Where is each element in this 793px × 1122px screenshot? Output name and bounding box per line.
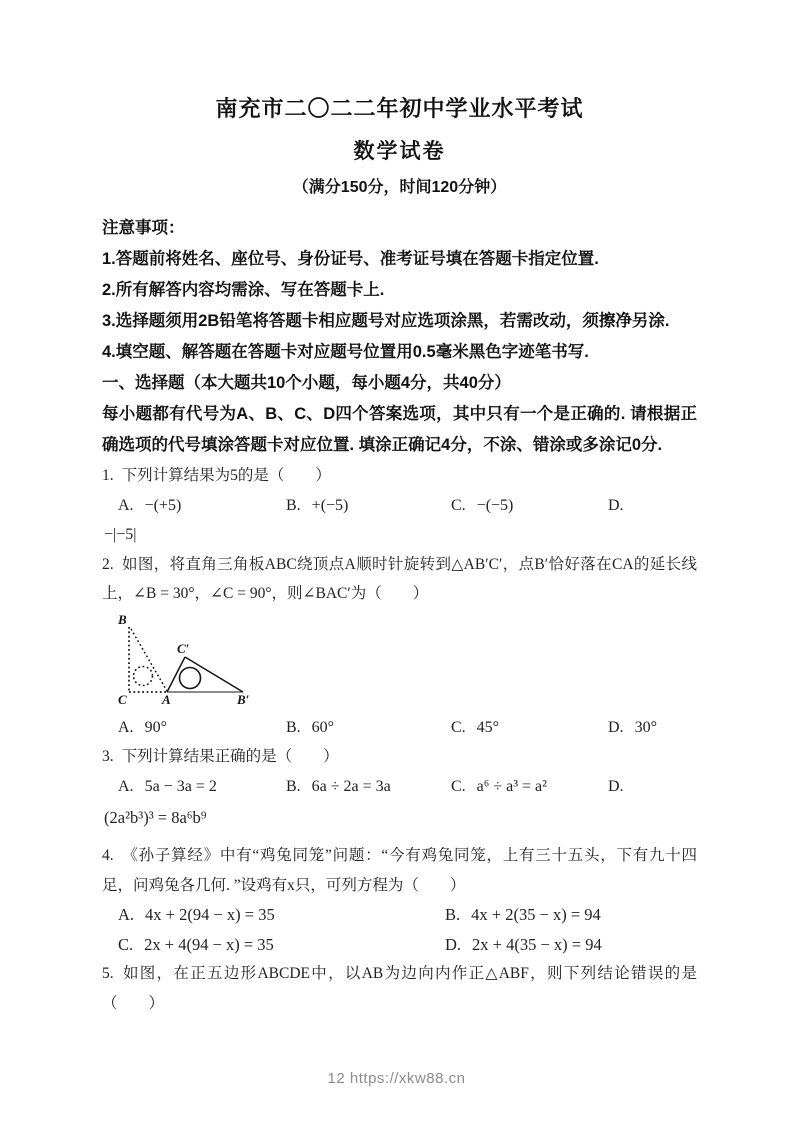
question-5-text: 如图，在正五边形ABCDE中，以AB为边向内作正△ABF，则下列结论错误的是（ … <box>102 965 697 1012</box>
question-4-option-a: A.4x + 2(94 − x) = 35 <box>118 900 445 930</box>
option-text: 30° <box>635 719 657 736</box>
option-text: 60° <box>312 719 334 736</box>
question-2-option-d: D.30° <box>608 713 697 743</box>
option-text: 4x + 2(35 − x) = 94 <box>471 905 601 924</box>
question-3-text: 下列计算结果正确的是（ ） <box>122 748 339 765</box>
score-time-note: （满分150分，时间120分钟） <box>102 179 697 197</box>
notice-item-4: 4.填空题、解答题在答题卡对应题号位置用0.5毫米黑色字迹笔书写. <box>102 337 697 368</box>
dotted-inscribed-circle <box>134 666 153 685</box>
notice-section: 注意事项： 1.答题前将姓名、座位号、身份证号、准考证号填在答题卡指定位置. 2… <box>102 213 697 461</box>
solid-side-AC-prime <box>167 657 185 692</box>
question-3-option-d: D. <box>608 772 697 802</box>
question-2-option-b: B.60° <box>286 713 451 743</box>
triangle-rotation-figure: B C A C′ B′ <box>104 611 697 705</box>
option-text: 4x + 2(94 − x) = 35 <box>145 905 275 924</box>
question-1-option-d: D. <box>608 491 697 521</box>
question-3-option-a: A.5a − 3a = 2 <box>118 772 286 802</box>
question-1-option-a: A.−(+5) <box>118 491 286 521</box>
notice-item-3: 3.选择题须用2B铅笔将答题卡相应题号对应选项涂黑，若需改动，须擦净另涂. <box>102 306 697 337</box>
notice-item-1: 1.答题前将姓名、座位号、身份证号、准考证号填在答题卡指定位置. <box>102 244 697 275</box>
question-1-option-d-value: −|−5| <box>102 520 697 550</box>
vertex-label-A: A <box>161 692 171 705</box>
option-text: +(−5) <box>312 497 349 514</box>
section-one-heading: 一、选择题（本大题共10个小题，每小题4分，共40分） <box>102 368 697 399</box>
option-text: −(−5) <box>477 497 514 514</box>
question-3-options: A.5a − 3a = 2 B.6a ÷ 2a = 3a C.a⁶ ÷ a³ =… <box>102 772 697 802</box>
section-one-description: 每小题都有代号为A、B、C、D四个答案选项，其中只有一个是正确的. 请根据正确选… <box>102 399 697 461</box>
vertex-label-B: B <box>117 612 127 627</box>
option-text: 90° <box>145 719 167 736</box>
question-5-number: 5. <box>102 965 114 982</box>
triangle-rotation-svg: B C A C′ B′ <box>104 611 264 705</box>
option-text: 45° <box>477 719 499 736</box>
option-text: 6a ÷ 2a = 3a <box>312 778 391 795</box>
option-text: 2x + 4(94 − x) = 35 <box>144 935 274 954</box>
question-4-option-b: B.4x + 2(35 − x) = 94 <box>445 900 697 930</box>
exam-subtitle: 数学试卷 <box>102 140 697 163</box>
vertex-label-C: C <box>118 692 127 705</box>
question-4-number: 4. <box>102 847 114 864</box>
question-3-option-c: C.a⁶ ÷ a³ = a² <box>451 772 608 802</box>
page-footer: 12 https://xkw88.cn <box>0 1070 793 1087</box>
question-2-options: A.90° B.60° C.45° D.30° <box>102 713 697 743</box>
exam-paper: 南充市二〇二二年初中学业水平考试 数学试卷 （满分150分，时间120分钟） 注… <box>102 0 697 1018</box>
question-2: 2.如图，将直角三角板ABC绕顶点A顺时针旋转到△AB′C′，点B′恰好落在CA… <box>102 550 697 609</box>
option-text: 5a − 3a = 2 <box>145 778 217 795</box>
vertex-label-B-prime: B′ <box>236 692 250 705</box>
exam-title: 南充市二〇二二年初中学业水平考试 <box>102 96 697 122</box>
question-1-options: A.−(+5) B.+(−5) C.−(−5) D. <box>102 491 697 521</box>
question-1-text: 下列计算结果为5的是（ ） <box>122 467 331 484</box>
option-text: a⁶ ÷ a³ = a² <box>477 778 547 795</box>
question-3-option-d-value: (2a²b³)³ = 8a⁶b⁹ <box>102 801 697 835</box>
question-3-option-b: B.6a ÷ 2a = 3a <box>286 772 451 802</box>
option-text: −(+5) <box>145 497 182 514</box>
question-2-number: 2. <box>102 556 114 573</box>
question-4: 4.《孙子算经》中有“鸡兔同笼”问题：“今有鸡兔同笼，上有三十五头，下有九十四足… <box>102 841 697 900</box>
question-2-text: 如图，将直角三角板ABC绕顶点A顺时针旋转到△AB′C′，点B′恰好落在CA的延… <box>102 556 697 603</box>
question-4-text: 《孙子算经》中有“鸡兔同笼”问题：“今有鸡兔同笼，上有三十五头，下有九十四足，问… <box>102 847 697 894</box>
solid-inscribed-circle <box>180 667 201 688</box>
option-text: 2x + 4(35 − x) = 94 <box>472 935 602 954</box>
question-3: 3.下列计算结果正确的是（ ） <box>102 742 697 772</box>
question-4-option-d: D.2x + 4(35 − x) = 94 <box>445 930 697 960</box>
question-1-option-c: C.−(−5) <box>451 491 608 521</box>
question-3-number: 3. <box>102 748 114 765</box>
notice-heading: 注意事项： <box>102 213 697 244</box>
question-4-option-c: C.2x + 4(94 − x) = 35 <box>118 930 445 960</box>
question-2-option-a: A.90° <box>118 713 286 743</box>
question-1-number: 1. <box>102 467 114 484</box>
question-5: 5.如图，在正五边形ABCDE中，以AB为边向内作正△ABF，则下列结论错误的是… <box>102 959 697 1018</box>
notice-item-2: 2.所有解答内容均需涂、写在答题卡上. <box>102 275 697 306</box>
solid-side-C-prime-B-prime <box>185 657 243 692</box>
question-2-option-c: C.45° <box>451 713 608 743</box>
question-4-options-row-2: C.2x + 4(94 − x) = 35 D.2x + 4(35 − x) =… <box>102 930 697 960</box>
vertex-label-C-prime: C′ <box>177 641 190 656</box>
question-1-option-b: B.+(−5) <box>286 491 451 521</box>
question-1: 1.下列计算结果为5的是（ ） <box>102 461 697 491</box>
question-4-options-row-1: A.4x + 2(94 − x) = 35 B.4x + 2(35 − x) =… <box>102 900 697 930</box>
